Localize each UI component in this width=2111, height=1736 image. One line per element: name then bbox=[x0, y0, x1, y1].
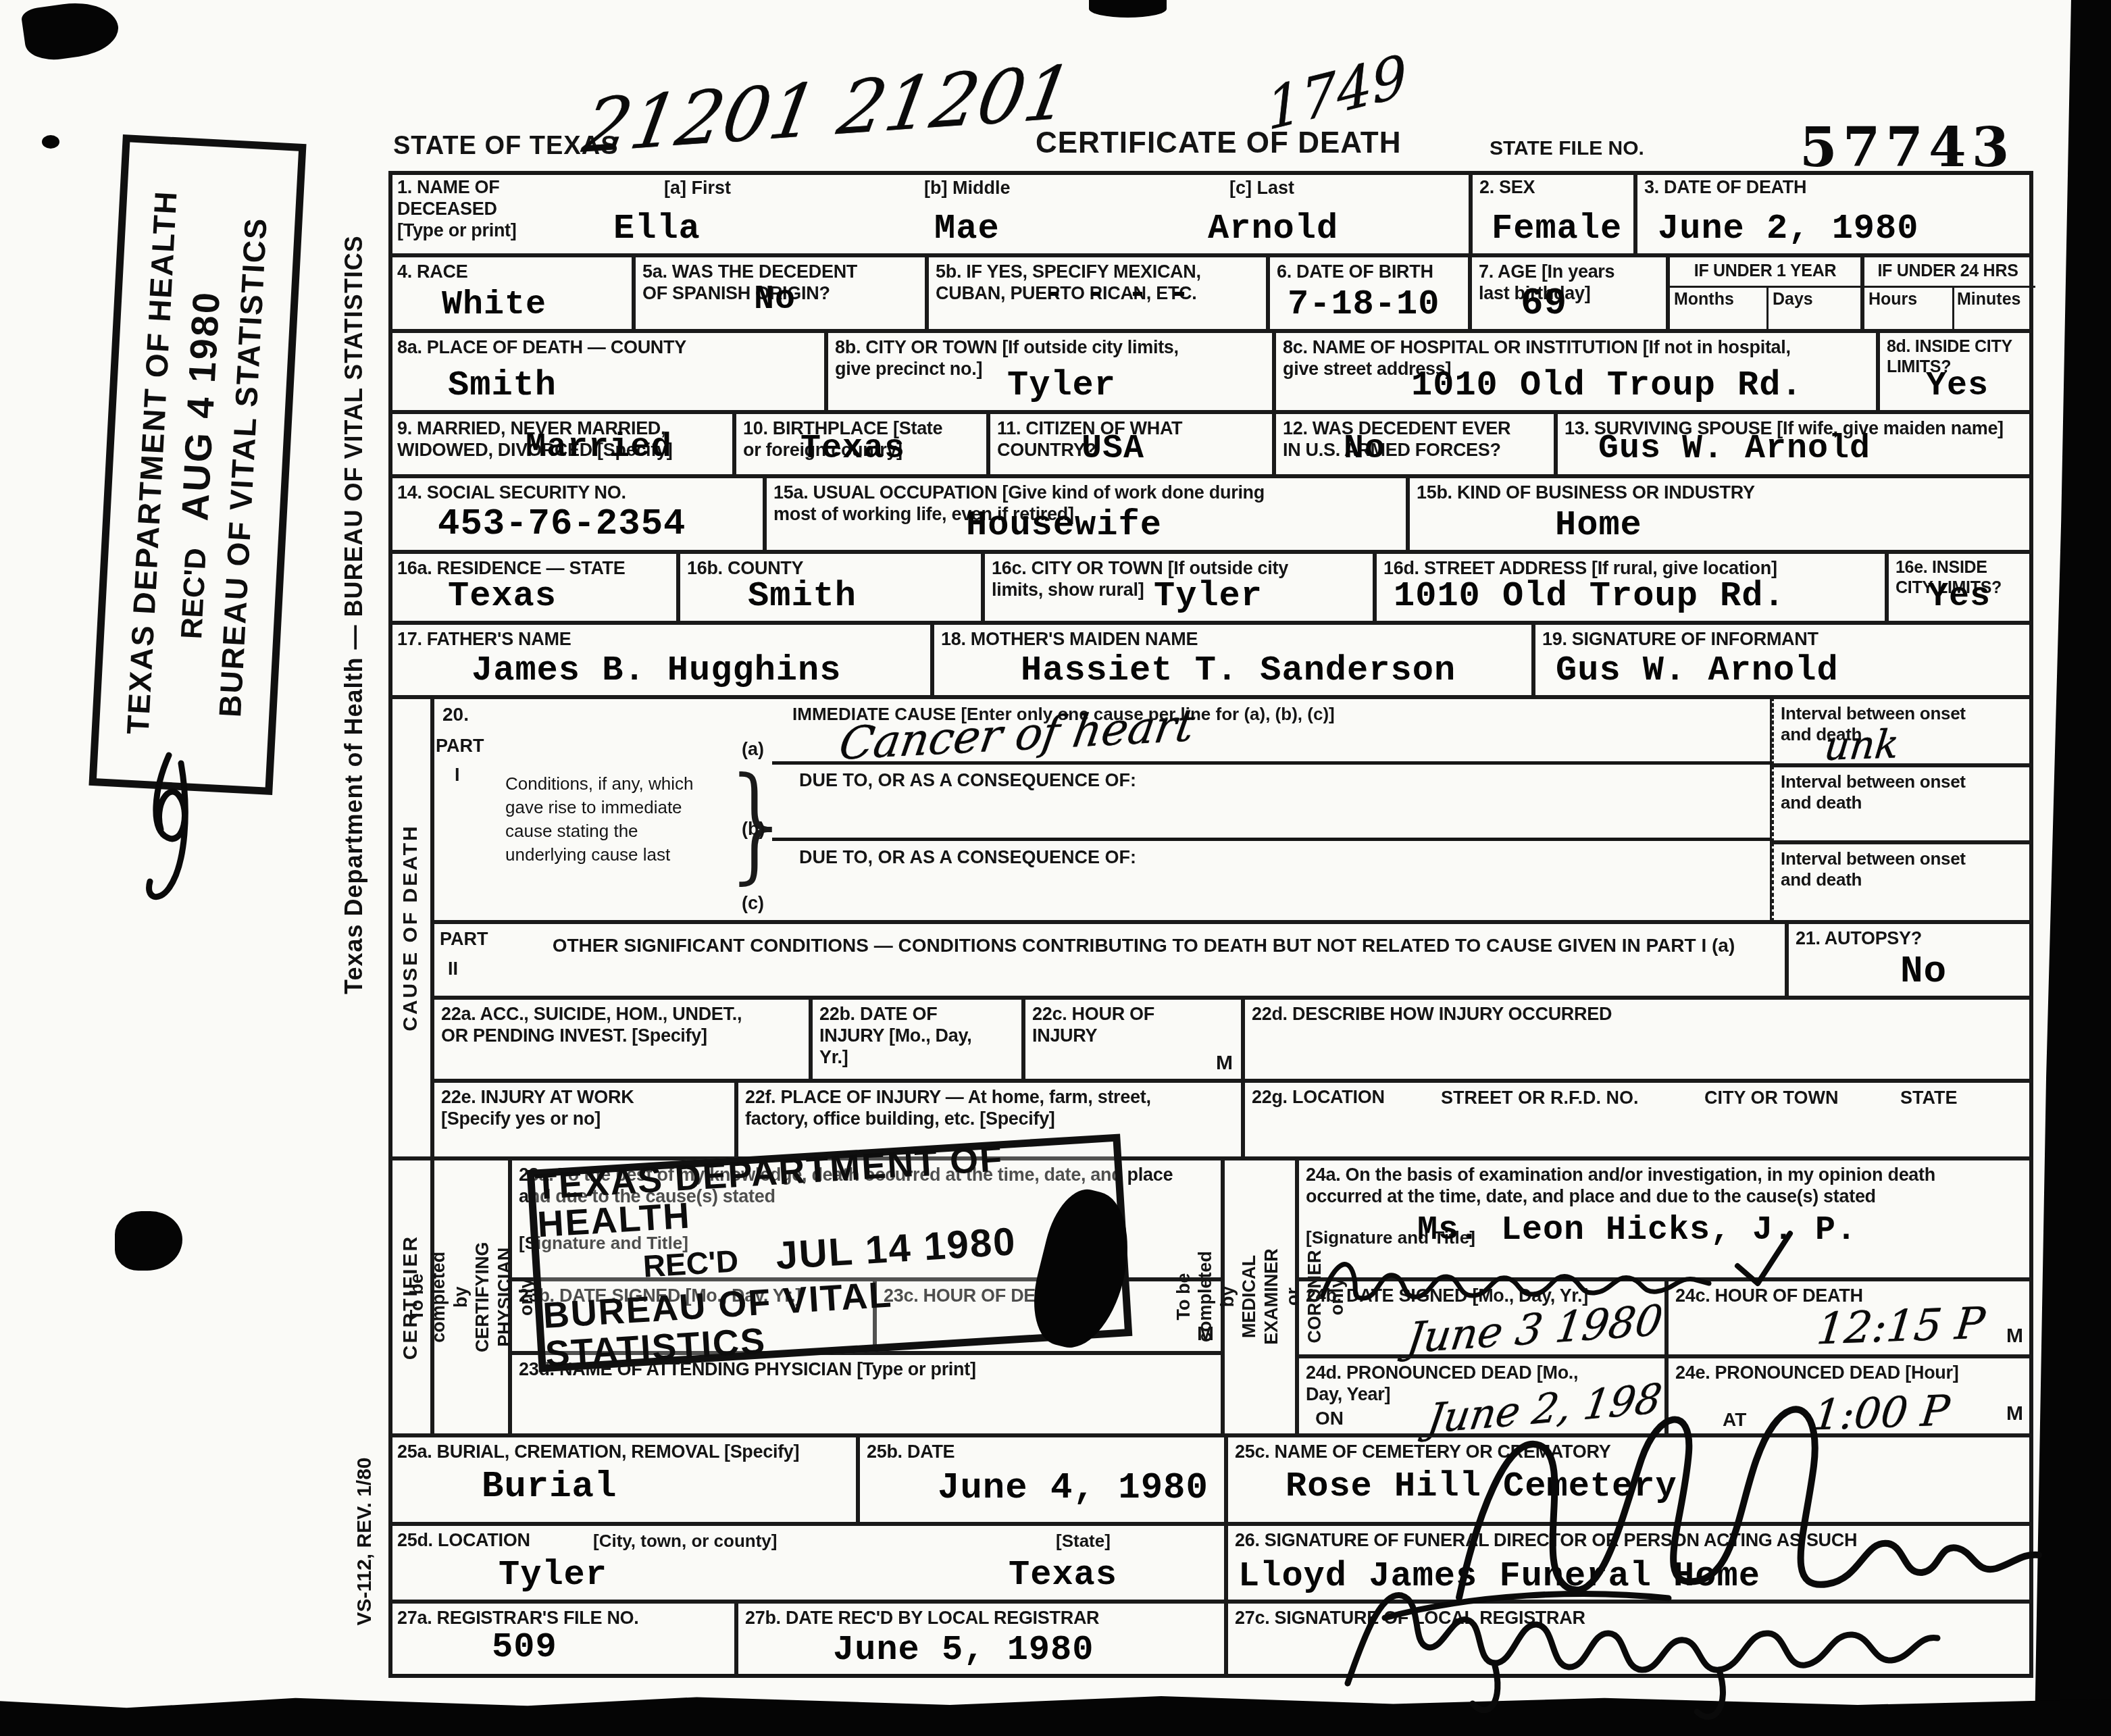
field-industry-label: 15b. KIND OF BUSINESS OR INDUSTRY bbox=[1410, 478, 2031, 508]
field-24a-label: 24a. On the basis of examination and/or … bbox=[1299, 1160, 1995, 1212]
field-27a-label: 27a. REGISTRAR'S FILE NO. bbox=[390, 1604, 734, 1633]
cause-of-death-side-label: CAUSE OF DEATH bbox=[388, 697, 432, 1158]
first-name-label: [a] First bbox=[664, 178, 731, 199]
stamp-jul-recd: REC'D bbox=[642, 1245, 739, 1282]
field-25a-value: Burial bbox=[482, 1469, 617, 1506]
field-27a-value: 509 bbox=[492, 1630, 557, 1665]
last-name-label: [c] Last bbox=[1229, 178, 1294, 199]
field-22c-label: 22c. HOUR OF INJURY bbox=[1025, 1000, 1188, 1051]
field-under-1-year-label: IF UNDER 1 YEAR bbox=[1670, 257, 1860, 286]
field-place-of-death-city: 8b. CITY OR TOWN [If outside city limits… bbox=[826, 331, 1274, 412]
field-ssn-value: 453-76-2354 bbox=[438, 507, 686, 543]
field-inside-city-limits-residence: 16e. INSIDE CITY LIMITS? Yes bbox=[1887, 552, 2033, 623]
interval-box-c: Interval between onset and death bbox=[1772, 842, 2033, 922]
field-spanish-origin: 5a. WAS THE DECEDENT OF SPANISH ORIGIN? … bbox=[634, 255, 927, 331]
field-25b-label: 25b. DATE bbox=[860, 1437, 1224, 1467]
field-mother-name-value: Hassiet T. Sanderson bbox=[1021, 653, 1456, 688]
received-stamp-aug: TEXAS DEPARTMENT OF HEALTH REC'D AUG 4 1… bbox=[88, 134, 306, 795]
field-25d-city-label: [City, town, or county] bbox=[593, 1531, 778, 1551]
received-stamp-jul: TEXAS DEPARTMENT OF HEALTH REC'D JUL 14 … bbox=[527, 1133, 1133, 1372]
field-name-label: 1. NAME OF DECEASED [Type or print] bbox=[390, 173, 546, 246]
part2-roman: II bbox=[448, 959, 458, 979]
field-date-of-birth-value: 7-18-10 bbox=[1288, 287, 1440, 322]
field-birthplace: 10. BIRTHPLACE [State or foreign country… bbox=[734, 412, 988, 476]
field-date-of-death: 3. DATE OF DEATH June 2, 1980 bbox=[1635, 171, 2033, 255]
interval-a-handwriting: unk bbox=[1822, 721, 1901, 769]
field-22g-city-label: CITY OR TOWN bbox=[1704, 1088, 1839, 1108]
part2-label: OTHER SIGNIFICANT CONDITIONS — CONDITION… bbox=[522, 934, 1765, 957]
middle-name-label: [b] Middle bbox=[924, 178, 1010, 199]
field-industry: 15b. KIND OF BUSINESS OR INDUSTRY Home bbox=[1408, 476, 2033, 552]
field-sex-label: 2. SEX bbox=[1473, 173, 1633, 203]
file-number-stamp: 57743 bbox=[1800, 120, 2014, 174]
field-24e-meridiem: M bbox=[2006, 1404, 2023, 1424]
stamp-jul-date: JUL 14 1980 bbox=[775, 1222, 1017, 1276]
field-27c: 27c. SIGNATURE OF LOCAL REGISTRAR bbox=[1226, 1602, 2033, 1678]
scan-dot-left bbox=[42, 135, 59, 149]
scan-blot-top-center bbox=[1089, 0, 1167, 18]
field-22c-meridiem: M bbox=[1216, 1053, 1233, 1073]
field-residence-street-value: 1010 Old Troup Rd. bbox=[1394, 579, 1785, 614]
field-25b: 25b. DATE June 4, 1980 bbox=[858, 1435, 1226, 1524]
field-inside-city-limits-residence-value: Yes bbox=[1928, 580, 1991, 614]
field-armed-forces: 12. WAS DECEDENT EVER IN U.S. ARMED FORC… bbox=[1274, 412, 1556, 476]
field-24e-handwriting: 1:00 P bbox=[1811, 1385, 1952, 1439]
field-22g: 22g. LOCATION STREET OR R.F.D. NO. CITY … bbox=[1243, 1081, 2033, 1158]
field-under-24-hrs: IF UNDER 24 HRS Hours Minutes bbox=[1862, 255, 2033, 331]
field-specify-origin-value: - - - - bbox=[1044, 278, 1190, 311]
field-hospital: 8c. NAME OF HOSPITAL OR INSTITUTION [If … bbox=[1274, 331, 1878, 412]
medical-examiner-strip: To be completed by MEDICAL EXAMINER or C… bbox=[1223, 1158, 1297, 1435]
field-days-label: Days bbox=[1773, 290, 1813, 309]
stamp-aug-line1: TEXAS DEPARTMENT OF HEALTH bbox=[121, 189, 184, 735]
scan-blot-mid-left bbox=[115, 1211, 182, 1271]
cause-line-c-label: (c) bbox=[742, 894, 764, 914]
field-sex: 2. SEX Female bbox=[1471, 171, 1635, 255]
field-occupation: 15a. USUAL OCCUPATION [Give kind of work… bbox=[765, 476, 1408, 552]
field-24d-on-label: ON bbox=[1315, 1408, 1344, 1429]
field-24a: 24a. On the basis of examination and/or … bbox=[1297, 1158, 2033, 1279]
field-informant-signature-value: Gus W. Arnold bbox=[1556, 653, 1839, 688]
stamp-aug-recd: REC'D bbox=[177, 547, 211, 640]
field-22b: 22b. DATE OF INJURY [Mo., Day, Yr.] bbox=[811, 998, 1023, 1081]
page-title: CERTIFICATE OF DEATH bbox=[1036, 127, 1401, 159]
field-armed-forces-label: 12. WAS DECEDENT EVER IN U.S. ARMED FORC… bbox=[1276, 414, 1519, 465]
cause-line-b-rule bbox=[772, 838, 1772, 841]
cause-part1-section: 20. PART I IMMEDIATE CAUSE [Enter only o… bbox=[432, 697, 1772, 922]
field-industry-value: Home bbox=[1555, 508, 1642, 543]
field-specify-origin: 5b. IF YES, SPECIFY MEXICAN, CUBAN, PUER… bbox=[927, 255, 1268, 331]
field-22f-label: 22f. PLACE OF INJURY — At home, farm, st… bbox=[738, 1083, 1211, 1134]
field-inside-city-limits-death-value: Yes bbox=[1926, 369, 1989, 403]
field-25a-label: 25a. BURIAL, CREMATION, REMOVAL [Specify… bbox=[390, 1437, 856, 1467]
field-autopsy-value: No bbox=[1900, 952, 1947, 990]
field-place-of-death-county-label: 8a. PLACE OF DEATH — COUNTY bbox=[390, 333, 824, 363]
field-race: 4. RACE White bbox=[388, 255, 634, 331]
field-inside-city-limits-death: 8d. INSIDE CITY LIMITS? Yes bbox=[1878, 331, 2033, 412]
field-minutes-label: Minutes bbox=[1957, 290, 2020, 309]
field-mother-name: 18. MOTHER'S MAIDEN NAME Hassiet T. Sand… bbox=[932, 623, 1533, 697]
field-under-24-hrs-label: IF UNDER 24 HRS bbox=[1864, 257, 2031, 286]
field-race-label: 4. RACE bbox=[390, 257, 632, 287]
field-26: 26. SIGNATURE OF FUNERAL DIRECTOR OR PER… bbox=[1226, 1524, 2033, 1602]
field-citizen-value: USA bbox=[1082, 432, 1144, 466]
field-25c-label: 25c. NAME OF CEMETERY OR CREMATORY bbox=[1228, 1437, 2031, 1467]
interval-box-b: Interval between onset and death bbox=[1772, 765, 2033, 842]
field-25c: 25c. NAME OF CEMETERY OR CREMATORY Rose … bbox=[1226, 1435, 2033, 1524]
field-residence-state: 16a. RESIDENCE — STATE Texas bbox=[388, 552, 678, 623]
field-24c-meridiem: M bbox=[2006, 1326, 2023, 1346]
field-days: Days bbox=[1769, 286, 1864, 333]
field-22e: 22e. INJURY AT WORK [Specify yes or no] bbox=[432, 1081, 736, 1158]
field-spanish-origin-value: No bbox=[754, 283, 796, 317]
field-race-value: White bbox=[442, 288, 546, 322]
field-father-name-value: James B. Hugghins bbox=[472, 653, 842, 688]
part2-word: PART bbox=[440, 929, 488, 950]
field-date-of-death-value: June 2, 1980 bbox=[1658, 211, 1918, 247]
scan-blot-top-left bbox=[20, 0, 122, 63]
field-informant-signature: 19. SIGNATURE OF INFORMANT Gus W. Arnold bbox=[1533, 623, 2033, 697]
interval-b-label: Interval between onset and death bbox=[1774, 767, 1990, 817]
field-27b-value: June 5, 1980 bbox=[833, 1633, 1094, 1668]
field-22a-label: 22a. ACC., SUICIDE, HOM., UNDET., OR PEN… bbox=[434, 1000, 772, 1051]
field-place-of-death-county: 8a. PLACE OF DEATH — COUNTY Smith bbox=[388, 331, 826, 412]
cause-line-a-label: (a) bbox=[742, 740, 764, 760]
field-age-value: 69 bbox=[1521, 284, 1567, 322]
field-22e-label: 22e. INJURY AT WORK [Specify yes or no] bbox=[434, 1083, 651, 1134]
field-residence-county-value: Smith bbox=[748, 579, 857, 614]
field-under-1-year: IF UNDER 1 YEAR Months Days bbox=[1668, 255, 1862, 331]
scan-band-right bbox=[2028, 0, 2111, 1736]
field-hours: Hours bbox=[1864, 286, 1954, 333]
due-to-label-2: DUE TO, OR AS A CONSEQUENCE OF: bbox=[799, 848, 1136, 868]
field-date-of-death-label: 3. DATE OF DEATH bbox=[1637, 173, 2031, 203]
interval-box-a: Interval between onset and death unk bbox=[1772, 697, 2033, 765]
field-birthplace-value: Texas bbox=[800, 432, 905, 466]
field-place-of-death-city-value: Tyler bbox=[1007, 368, 1116, 403]
field-22a: 22a. ACC., SUICIDE, HOM., UNDET., OR PEN… bbox=[432, 998, 811, 1081]
field-date-of-birth-label: 6. DATE OF BIRTH bbox=[1270, 257, 1452, 287]
middle-name-value: Mae bbox=[934, 211, 1000, 247]
field-24a-typed-name: Ms. Leon Hicks, J. P. bbox=[1417, 1214, 1857, 1248]
field-26-label: 26. SIGNATURE OF FUNERAL DIRECTOR OR PER… bbox=[1228, 1526, 2012, 1556]
field-22g-street-label: STREET OR R.F.D. NO. bbox=[1441, 1088, 1639, 1108]
field-place-of-death-county-value: Smith bbox=[448, 368, 557, 403]
cause-part1-roman: I bbox=[455, 765, 460, 786]
field-22g-state-label: STATE bbox=[1900, 1088, 1958, 1108]
field-25a: 25a. BURIAL, CREMATION, REMOVAL [Specify… bbox=[388, 1435, 858, 1524]
field-residence-city-value: Tyler bbox=[1154, 579, 1263, 614]
field-date-of-birth: 6. DATE OF BIRTH 7-18-10 bbox=[1268, 255, 1470, 331]
field-22d: 22d. DESCRIBE HOW INJURY OCCURRED bbox=[1243, 998, 2033, 1081]
scan-band-bottom bbox=[0, 1687, 2111, 1736]
form-number-vertical: VS-112, REV. 1/80 bbox=[355, 1440, 382, 1643]
field-age: 7. AGE [In years last birthday] 69 bbox=[1470, 255, 1668, 331]
certifying-physician-strip: To be completed by CERTIFYING PHYSICIAN … bbox=[432, 1158, 510, 1435]
field-marital-status-value: Married bbox=[526, 431, 672, 465]
field-26-typed-value: Lloyd James Funeral Home bbox=[1238, 1559, 1760, 1594]
interval-c-label: Interval between onset and death bbox=[1774, 844, 1990, 894]
agency-vertical-text: Texas Department of Health — BUREAU OF V… bbox=[342, 154, 372, 1076]
file-number-label: STATE FILE NO. bbox=[1490, 137, 1644, 159]
field-ssn: 14. SOCIAL SECURITY NO. 453-76-2354 bbox=[388, 476, 765, 552]
field-24b: 24b. DATE SIGNED [Mo., Day, Yr.] June 3 … bbox=[1297, 1279, 1667, 1356]
field-22c: 22c. HOUR OF INJURY M bbox=[1023, 998, 1243, 1081]
field-citizen: 11. CITIZEN OF WHAT COUNTRY? USA bbox=[988, 412, 1274, 476]
field-hospital-value: 1010 Old Troup Rd. bbox=[1411, 368, 1803, 403]
field-27a: 27a. REGISTRAR'S FILE NO. 509 bbox=[388, 1602, 736, 1678]
field-residence-county: 16b. COUNTY Smith bbox=[678, 552, 983, 623]
stamp-aug-date: AUG 4 1980 bbox=[176, 290, 226, 522]
first-name-value: Ella bbox=[613, 211, 701, 247]
last-name-value: Arnold bbox=[1208, 211, 1338, 247]
field-months-label: Months bbox=[1674, 290, 1734, 309]
field-27b: 27b. DATE REC'D BY LOCAL REGISTRAR June … bbox=[736, 1602, 1226, 1678]
hw-top-numbers: 21201 21201 bbox=[578, 50, 1079, 170]
field-24e-label: 24e. PRONOUNCED DEAD [Hour] bbox=[1669, 1358, 2031, 1388]
field-surviving-spouse: 13. SURVIVING SPOUSE [If wife, give maid… bbox=[1556, 412, 2033, 476]
due-to-label-1: DUE TO, OR AS A CONSEQUENCE OF: bbox=[799, 771, 1136, 791]
field-27b-label: 27b. DATE REC'D BY LOCAL REGISTRAR bbox=[738, 1604, 1224, 1633]
field-24e: 24e. PRONOUNCED DEAD [Hour] AT 1:00 P M bbox=[1667, 1356, 2033, 1435]
field-25b-value: June 4, 1980 bbox=[938, 1471, 1209, 1507]
cause-part2-section: PART II OTHER SIGNIFICANT CONDITIONS — C… bbox=[432, 922, 1787, 998]
field-name: 1. NAME OF DECEASED [Type or print] [a] … bbox=[388, 171, 1471, 255]
field-residence-street: 16d. STREET ADDRESS [If rural, give loca… bbox=[1375, 552, 1887, 623]
field-25d: 25d. LOCATION [City, town, or county] [S… bbox=[388, 1524, 1226, 1602]
field-father-name: 17. FATHER'S NAME James B. Hugghins bbox=[388, 623, 932, 697]
field-surviving-spouse-value: Gus W. Arnold bbox=[1598, 432, 1871, 466]
field-25c-value: Rose Hill Cemetery bbox=[1286, 1469, 1677, 1504]
field-25d-state-value: Texas bbox=[1009, 1558, 1117, 1593]
field-minutes: Minutes bbox=[1954, 286, 2035, 333]
field-22b-label: 22b. DATE OF INJURY [Mo., Day, Yr.] bbox=[813, 1000, 995, 1073]
field-residence-state-value: Texas bbox=[448, 579, 557, 614]
field-24d: 24d. PRONOUNCED DEAD [Mo., Day, Year] ON… bbox=[1297, 1356, 1667, 1435]
field-24c: 24c. HOUR OF DEATH 12:15 P M bbox=[1667, 1279, 2033, 1356]
cause-number: 20. bbox=[442, 705, 469, 725]
field-marital-status: 9. MARRIED, NEVER MARRIED, WIDOWED, DIVO… bbox=[388, 412, 734, 476]
field-24c-handwriting: 12:15 P bbox=[1814, 1299, 1987, 1355]
cause-part1-word: PART bbox=[436, 736, 484, 757]
cause-line-a-rule bbox=[772, 761, 1772, 765]
field-25d-state-label: [State] bbox=[1056, 1531, 1111, 1551]
cause-line-b-label: (b) bbox=[742, 819, 765, 840]
death-certificate-scan: Texas Department of Health — BUREAU OF V… bbox=[0, 0, 2111, 1736]
field-25d-city-value: Tyler bbox=[499, 1558, 607, 1593]
field-27c-label: 27c. SIGNATURE OF LOCAL REGISTRAR bbox=[1228, 1604, 2031, 1633]
field-24e-at-label: AT bbox=[1723, 1410, 1746, 1431]
cause-conditions-note: Conditions, if any, which gave rise to i… bbox=[505, 772, 708, 867]
field-occupation-value: Housewife bbox=[966, 508, 1162, 543]
field-months: Months bbox=[1670, 286, 1769, 333]
field-residence-city: 16c. CITY OR TOWN [If outside city limit… bbox=[983, 552, 1375, 623]
field-22d-label: 22d. DESCRIBE HOW INJURY OCCURRED bbox=[1245, 1000, 2031, 1029]
field-sex-value: Female bbox=[1492, 211, 1622, 247]
field-autopsy: 21. AUTOPSY? No bbox=[1787, 922, 2033, 998]
field-armed-forces-value: No bbox=[1344, 432, 1385, 466]
field-hours-label: Hours bbox=[1868, 290, 1917, 309]
